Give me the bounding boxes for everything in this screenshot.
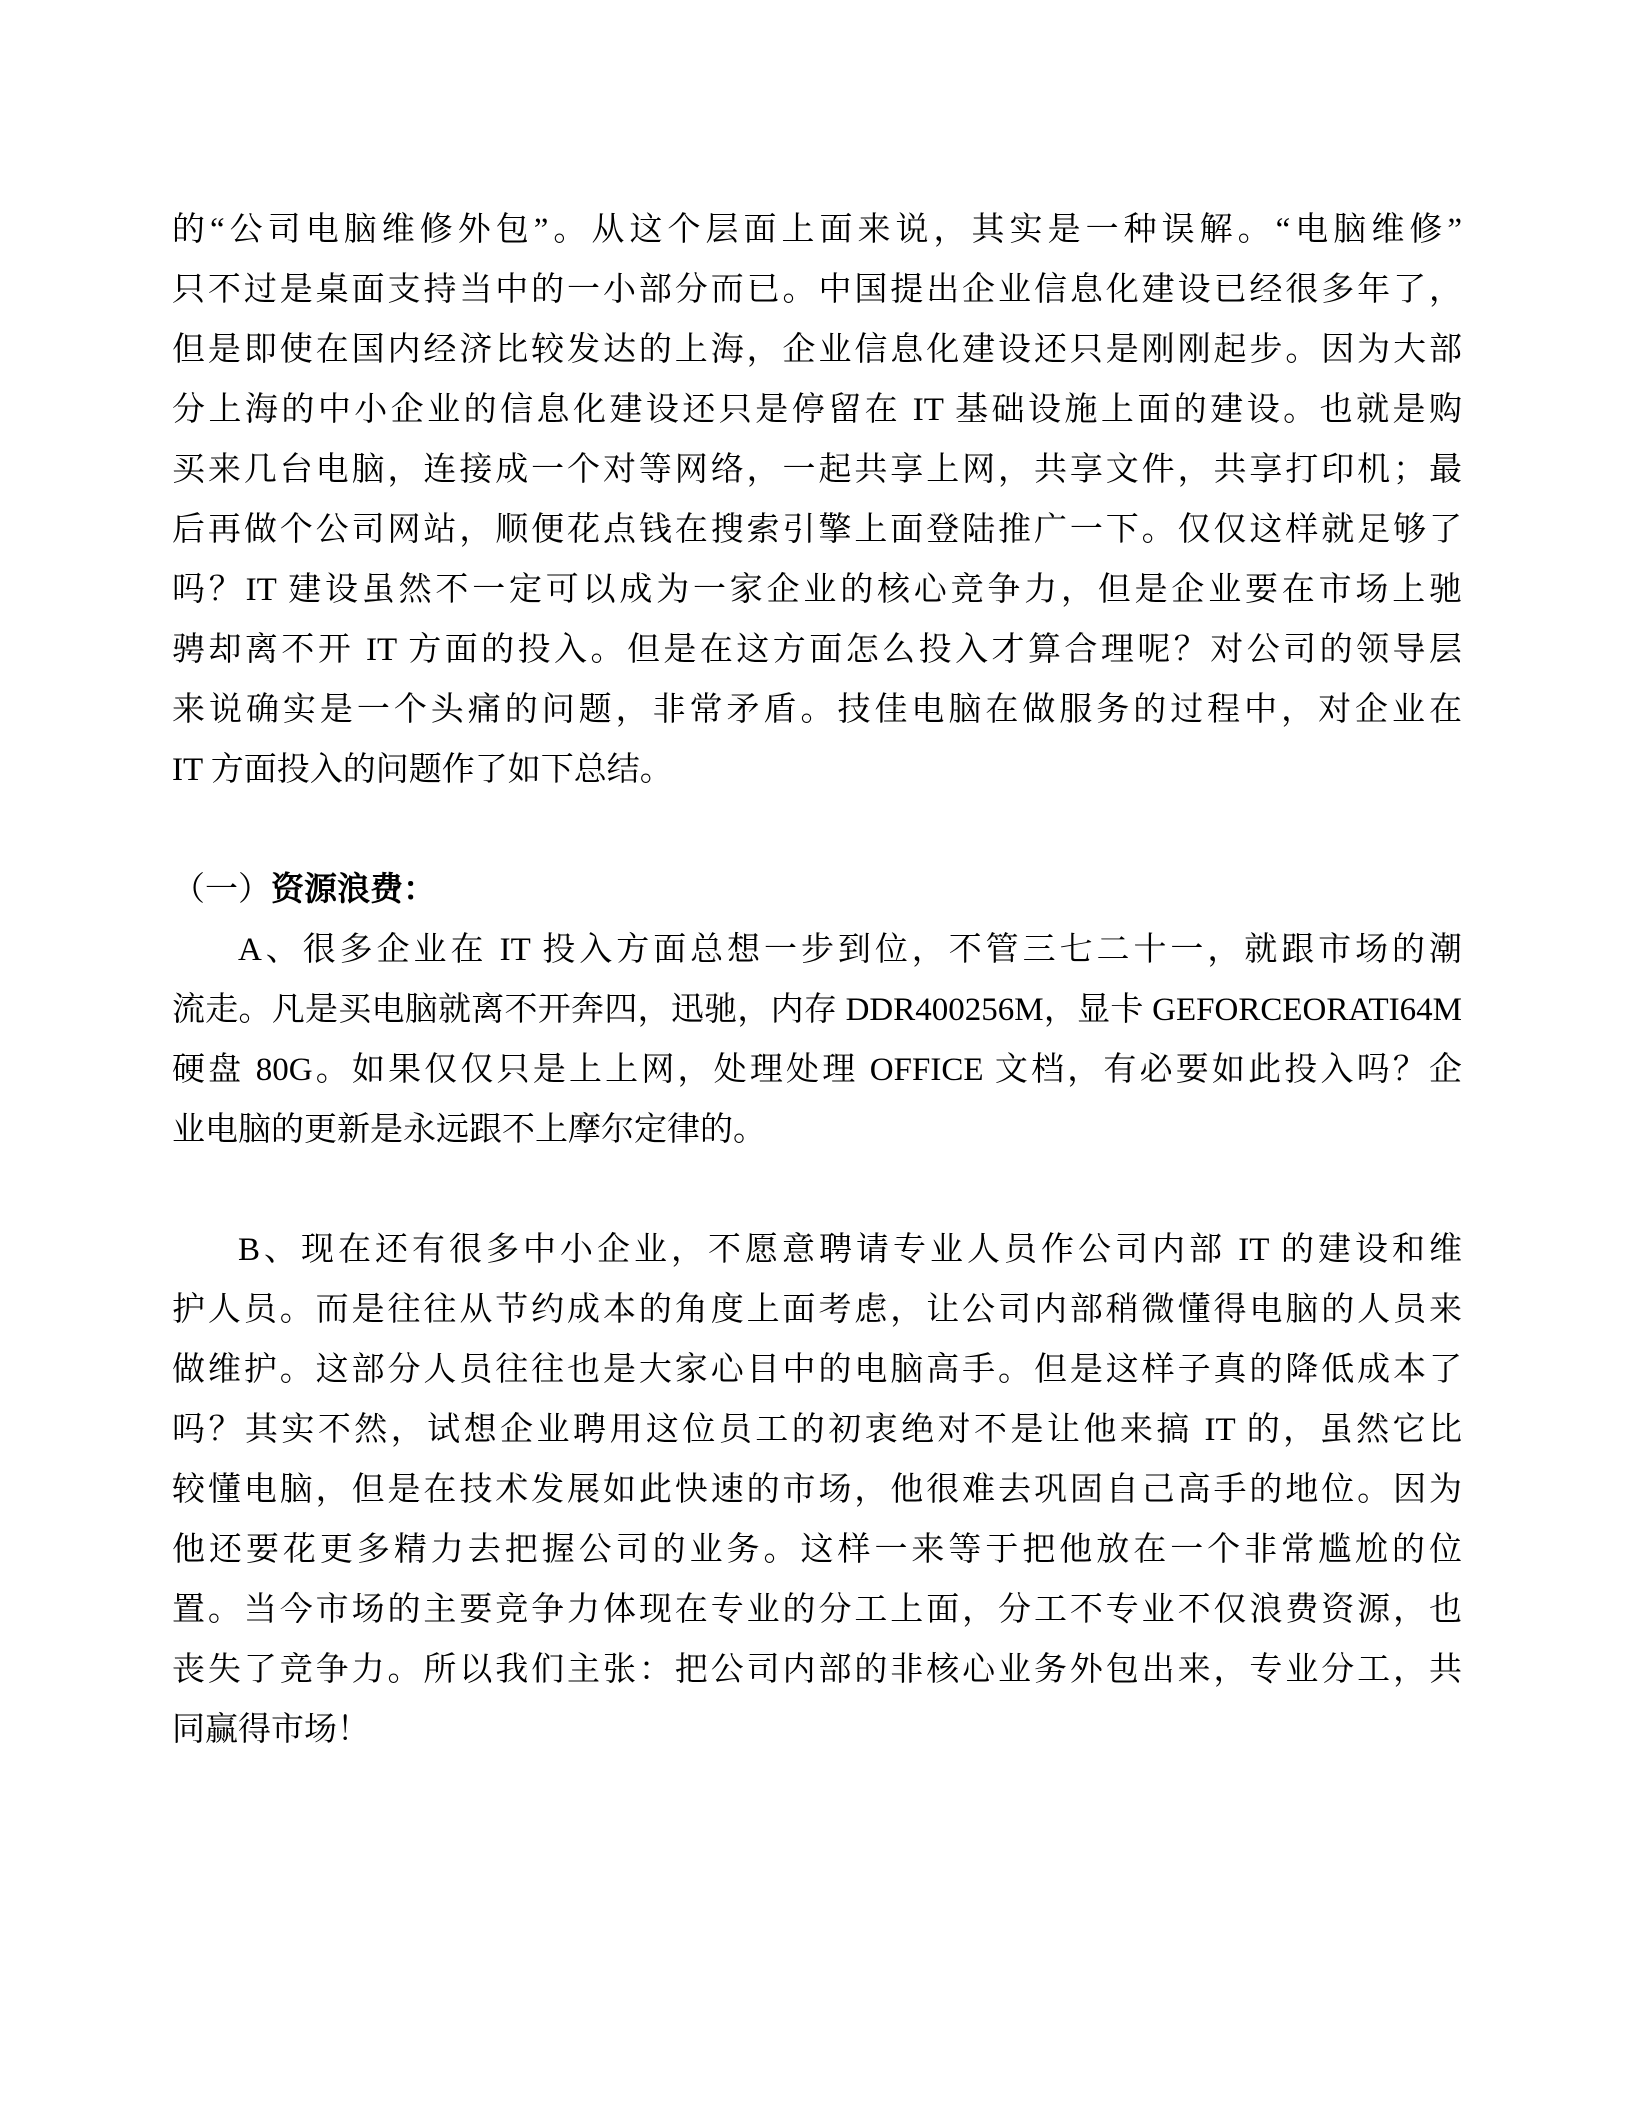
text-line: B、现在还有很多中小企业，不愿意聘请专业人员作公司内部 IT 的建设和维	[172, 1220, 1462, 1280]
text-line: 置。当今市场的主要竞争力体现在专业的分工上面，分工不专业不仅浪费资源，也	[172, 1580, 1462, 1640]
text-line: 做维护。这部分人员往往也是大家心目中的电脑高手。但是这样子真的降低成本了	[172, 1340, 1462, 1400]
text-line: 后再做个公司网站，顺便花点钱在搜索引擎上面登陆推广一下。仅仅这样就足够了	[172, 500, 1462, 560]
text-line: 较懂电脑，但是在技术发展如此快速的市场，他很难去巩固自己高手的地位。因为	[172, 1460, 1462, 1520]
section-heading: （一）资源浪费：	[172, 860, 1462, 920]
document-content: 的“公司电脑维修外包”。从这个层面上面来说，其实是一种误解。“电脑维修”只不过是…	[172, 200, 1462, 1760]
text-line: 硬盘 80G。如果仅仅只是上上网，处理处理 OFFICE 文档，有必要如此投入吗…	[172, 1040, 1462, 1100]
text-line: 丧失了竞争力。所以我们主张：把公司内部的非核心业务外包出来，专业分工，共	[172, 1640, 1462, 1700]
blank-line	[172, 1160, 1462, 1220]
text-line: 的“公司电脑维修外包”。从这个层面上面来说，其实是一种误解。“电脑维修”	[172, 200, 1462, 260]
text-line: 吗？IT 建设虽然不一定可以成为一家企业的核心竞争力，但是企业要在市场上驰	[172, 560, 1462, 620]
section-heading-title: 资源浪费：	[271, 872, 436, 908]
text-line: 业电脑的更新是永远跟不上摩尔定律的。	[172, 1100, 1462, 1160]
section-heading-numbering: （一）	[172, 872, 271, 908]
text-line: A、很多企业在 IT 投入方面总想一步到位，不管三七二十一，就跟市场的潮	[172, 920, 1462, 980]
text-line: 分上海的中小企业的信息化建设还只是停留在 IT 基础设施上面的建设。也就是购	[172, 380, 1462, 440]
blank-line	[172, 800, 1462, 860]
text-line: 来说确实是一个头痛的问题，非常矛盾。技佳电脑在做服务的过程中，对企业在	[172, 680, 1462, 740]
text-line: 流走。凡是买电脑就离不开奔四，迅驰，内存 DDR400256M，显卡 GEFOR…	[172, 980, 1462, 1040]
text-line: IT 方面投入的问题作了如下总结。	[172, 740, 1462, 800]
text-line: 同赢得市场！	[172, 1700, 1462, 1760]
item-b-paragraph: B、现在还有很多中小企业，不愿意聘请专业人员作公司内部 IT 的建设和维护人员。…	[172, 1220, 1462, 1760]
intro-paragraph: 的“公司电脑维修外包”。从这个层面上面来说，其实是一种误解。“电脑维修”只不过是…	[172, 200, 1462, 800]
text-line: 买来几台电脑，连接成一个对等网络，一起共享上网，共享文件，共享打印机；最	[172, 440, 1462, 500]
text-line: 但是即使在国内经济比较发达的上海，企业信息化建设还只是刚刚起步。因为大部	[172, 320, 1462, 380]
text-line: 护人员。而是往往从节约成本的角度上面考虑，让公司内部稍微懂得电脑的人员来	[172, 1280, 1462, 1340]
text-line: 他还要花更多精力去把握公司的业务。这样一来等于把他放在一个非常尴尬的位	[172, 1520, 1462, 1580]
text-line: 吗？其实不然，试想企业聘用这位员工的初衷绝对不是让他来搞 IT 的，虽然它比	[172, 1400, 1462, 1460]
document-page: 的“公司电脑维修外包”。从这个层面上面来说，其实是一种误解。“电脑维修”只不过是…	[0, 0, 1632, 2112]
item-a-paragraph: A、很多企业在 IT 投入方面总想一步到位，不管三七二十一，就跟市场的潮流走。凡…	[172, 920, 1462, 1160]
text-line: 骋却离不开 IT 方面的投入。但是在这方面怎么投入才算合理呢？对公司的领导层	[172, 620, 1462, 680]
text-line: 只不过是桌面支持当中的一小部分而已。中国提出企业信息化建设已经很多年了，	[172, 260, 1462, 320]
